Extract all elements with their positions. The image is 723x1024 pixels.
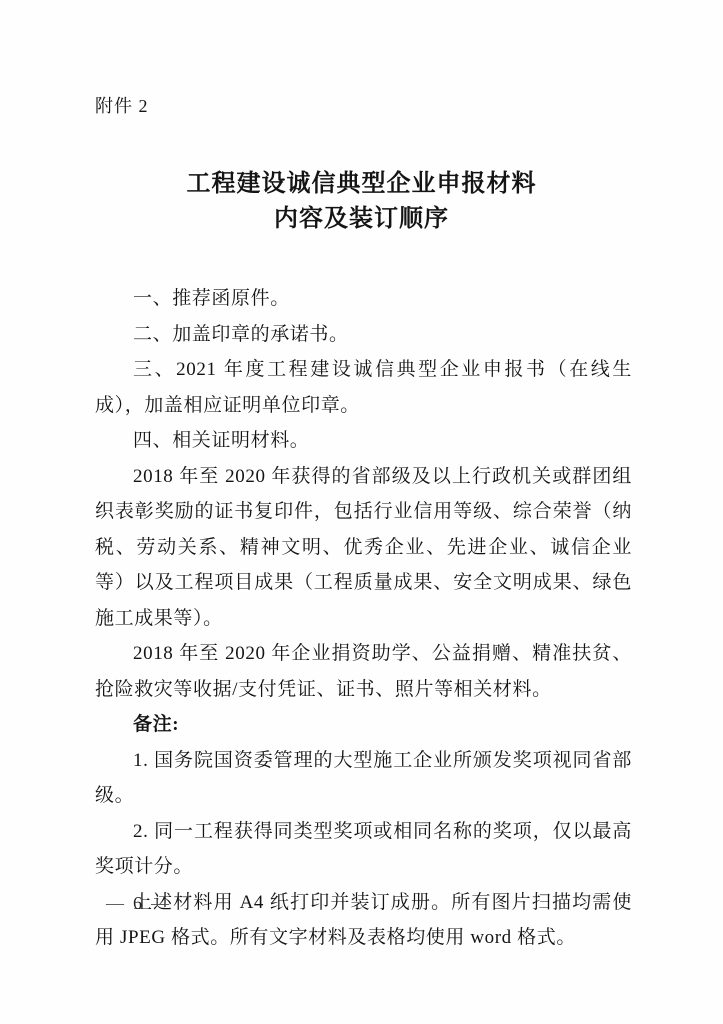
attachment-label: 附件 2 — [95, 92, 149, 118]
paragraph: 2018 年至 2020 年获得的省部级及以上行政机关或群团组织表彰奖励的证书复… — [95, 459, 632, 637]
paragraph: 三、2021 年度工程建设诚信典型企业申报书（在线生成），加盖相应证明单位印章。 — [95, 352, 632, 423]
document-body: 一、推荐函原件。二、加盖印章的承诺书。三、2021 年度工程建设诚信典型企业申报… — [95, 281, 632, 956]
document-page: 附件 2 工程建设诚信典型企业申报材料 内容及装订顺序 一、推荐函原件。二、加盖… — [0, 0, 723, 1024]
page-footer: — 6 — — [106, 893, 169, 914]
paragraph: 二、加盖印章的承诺书。 — [95, 317, 632, 353]
paragraph-note-heading: 备注: — [95, 707, 632, 743]
document-title-line1: 工程建设诚信典型企业申报材料 — [187, 171, 537, 197]
paragraph: 一、推荐函原件。 — [95, 281, 632, 317]
paragraph: 2018 年至 2020 年企业捐资助学、公益捐赠、精准扶贫、抢险救灾等收据/支… — [95, 636, 632, 707]
document-title: 工程建设诚信典型企业申报材料 内容及装订顺序 — [0, 167, 723, 237]
document-title-line2: 内容及装订顺序 — [274, 206, 449, 232]
paragraph: 1. 国务院国资委管理的大型施工企业所颁发奖项视同省部级。 — [95, 743, 632, 814]
paragraph: 2. 同一工程获得同类型奖项或相同名称的奖项，仅以最高奖项计分。 — [95, 814, 632, 885]
footer-left-dash: — — [106, 893, 124, 914]
footer-right-dash: — — [151, 893, 169, 914]
page-number: 6 — [133, 893, 142, 914]
paragraph: 四、相关证明材料。 — [95, 423, 632, 459]
paragraph: 上述材料用 A4 纸打印并装订成册。所有图片扫描均需使用 JPEG 格式。所有文… — [95, 885, 632, 956]
